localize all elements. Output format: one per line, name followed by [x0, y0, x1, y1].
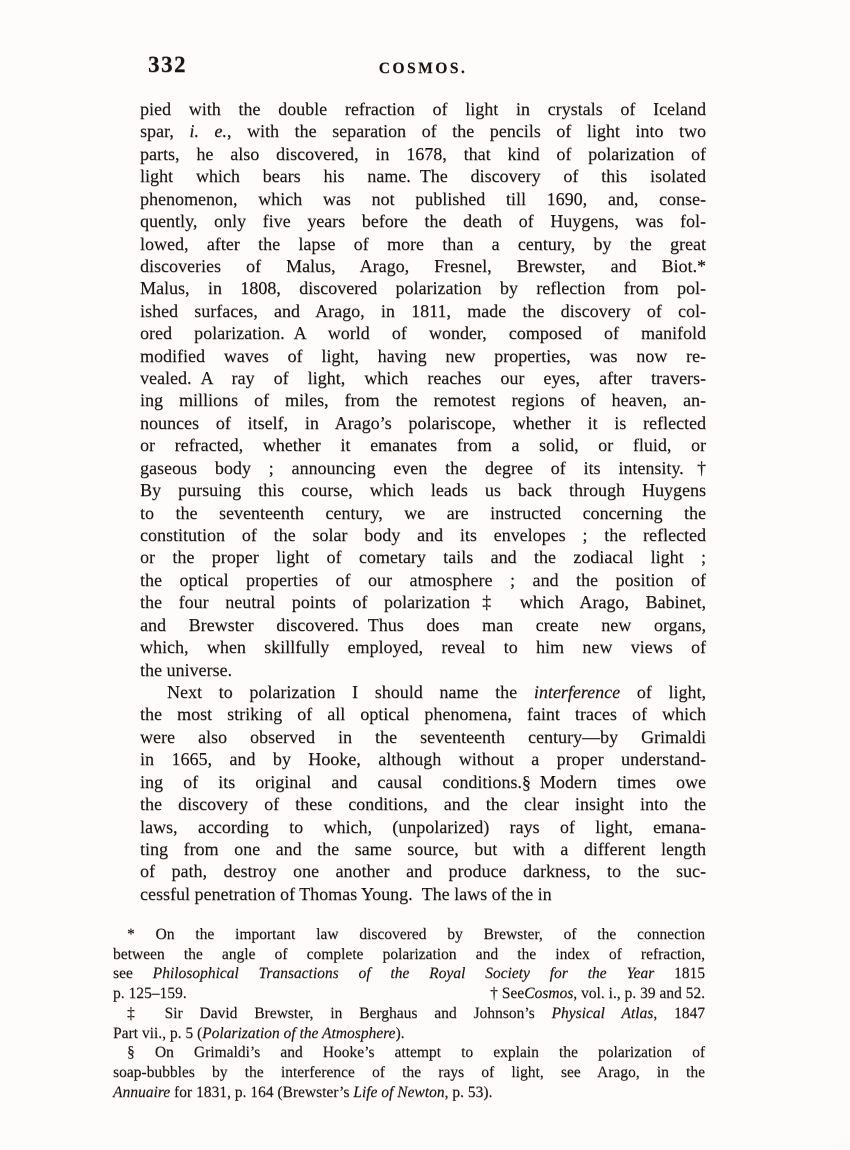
text-segment: or the proper light of cometary tails an… — [140, 547, 706, 567]
text-line: ished surfaces, and Arago, in 1811, made… — [140, 300, 706, 322]
text-line: modified waves of light, having new prop… — [140, 345, 706, 367]
footnotes: * On the important law discovered by Bre… — [113, 925, 705, 1102]
text-segment: phenomenon, which was not published till… — [140, 189, 706, 209]
text-segment: which, when skillfully employed, reveal … — [140, 637, 706, 657]
footnote-gap-spacer — [187, 984, 491, 1004]
text-segment: soap-bubbles by the interference of the … — [113, 1064, 705, 1081]
text-segment: vealed. A ray of light, which reaches ou… — [140, 368, 706, 388]
text-line: between the angle of complete polarizati… — [113, 945, 705, 965]
text-segment: gaseous body ; announcing even the degre… — [140, 458, 706, 478]
text-segment: Physical Atlas — [551, 1005, 653, 1022]
text-line: cessful penetration of Thomas Young. The… — [140, 883, 706, 905]
text-line: laws, according to which, (unpolarized) … — [140, 816, 706, 838]
text-segment: p. 125–159. — [113, 984, 187, 1004]
text-segment: , p. 53). — [445, 1084, 493, 1101]
text-segment: interference — [534, 682, 620, 702]
text-line: ing millions of miles, from the remotest… — [140, 389, 706, 411]
text-line: ting from one and the same source, but w… — [140, 838, 706, 860]
text-line: parts, he also discovered, in 1678, that… — [140, 143, 706, 165]
text-segment: ing of its original and causal condition… — [140, 772, 706, 792]
text-segment: the most striking of all optical phenome… — [140, 704, 706, 724]
running-title: COSMOS. — [140, 60, 706, 78]
text-line: quently, only five years before the deat… — [140, 210, 706, 232]
text-line: of path, destroy one another and produce… — [140, 860, 706, 882]
text-segment: light which bears his name. The discover… — [140, 166, 706, 186]
text-line: phenomenon, which was not published till… — [140, 188, 706, 210]
text-line: which, when skillfully employed, reveal … — [140, 636, 706, 658]
text-line: ored polarization. A world of wonder, co… — [140, 322, 706, 344]
text-line: were also observed in the seventeenth ce… — [140, 726, 706, 748]
text-segment: the four neutral points of polarization‡… — [140, 592, 706, 612]
text-line: ing of its original and causal condition… — [140, 771, 706, 793]
text-segment: By pursuing this course, which leads us … — [140, 480, 706, 500]
text-line: see Philosophical Transactions of the Ro… — [113, 964, 705, 984]
text-line: Malus, in 1808, discovered polarization … — [140, 277, 706, 299]
text-segment: † See — [490, 984, 524, 1004]
body-text: pied with the double refraction of light… — [140, 98, 706, 905]
text-line: the optical properties of our atmosphere… — [140, 569, 706, 591]
text-line: light which bears his name. The discover… — [140, 165, 706, 187]
text-segment: Life of Newton — [353, 1084, 444, 1101]
text-line: vealed. A ray of light, which reaches ou… — [140, 367, 706, 389]
text-segment: i. e. — [189, 121, 227, 141]
text-line: * On the important law discovered by Bre… — [113, 925, 705, 945]
text-segment: 1815 — [654, 965, 705, 982]
text-segment: ored polarization. A world of wonder, co… — [140, 323, 706, 343]
book-page: 332 COSMOS. pied with the double refract… — [0, 0, 850, 1150]
text-line: spar, i. e., with the separation of the … — [140, 120, 706, 142]
text-segment: Part vii., p. 5 ( — [113, 1025, 202, 1042]
text-line: to the seventeenth century, we are instr… — [140, 502, 706, 524]
text-segment: constitution of the solar body and its e… — [140, 525, 706, 545]
text-segment: modified waves of light, having new prop… — [140, 346, 706, 366]
text-segment: between the angle of complete polarizati… — [113, 946, 705, 963]
text-segment: nounces of itself, in Arago’s polariscop… — [140, 413, 706, 433]
text-line: the four neutral points of polarization‡… — [140, 591, 706, 613]
text-segment: see — [113, 965, 153, 982]
text-line: the universe. — [140, 659, 706, 681]
text-line: nounces of itself, in Arago’s polariscop… — [140, 412, 706, 434]
text-segment: ing millions of miles, from the remotest… — [140, 390, 706, 410]
text-segment: ished surfaces, and Arago, in 1811, made… — [140, 301, 706, 321]
text-line: or the proper light of cometary tails an… — [140, 546, 706, 568]
text-segment: Annuaire — [113, 1084, 170, 1101]
text-line: and Brewster discovered. Thus does man c… — [140, 614, 706, 636]
text-line: or refracted, whether it emanates from a… — [140, 434, 706, 456]
text-line: pied with the double refraction of light… — [140, 98, 706, 120]
text-segment: the optical properties of our atmosphere… — [140, 570, 706, 590]
text-segment: cessful penetration of Thomas Young. The… — [140, 884, 552, 904]
text-segment: the universe. — [140, 660, 232, 680]
text-segment: the discovery of these conditions, and t… — [140, 794, 706, 814]
text-line: Annuaire for 1831, p. 164 (Brewster’s Li… — [113, 1083, 705, 1103]
text-line: p. 125–159.† See Cosmos, vol. i., p. 39 … — [113, 984, 705, 1004]
text-line: § On Grimaldi’s and Hooke’s attempt to e… — [113, 1043, 705, 1063]
text-line: ‡ Sir David Brewster, in Berghaus and Jo… — [113, 1004, 705, 1024]
text-segment: , 1847 — [653, 1005, 705, 1022]
text-segment: quently, only five years before the deat… — [140, 211, 706, 231]
text-segment: * On the important law discovered by Bre… — [127, 926, 705, 943]
text-line: in 1665, and by Hooke, although without … — [140, 748, 706, 770]
text-segment: , vol. i., p. 39 and 52. — [573, 984, 705, 1004]
text-segment: parts, he also discovered, in 1678, that… — [140, 144, 706, 164]
text-segment: or refracted, whether it emanates from a… — [140, 435, 706, 455]
text-segment: in 1665, and by Hooke, although without … — [140, 749, 706, 769]
text-segment: Malus, in 1808, discovered polarization … — [140, 278, 706, 298]
text-line: lowed, after the lapse of more than a ce… — [140, 233, 706, 255]
text-segment: discoveries of Malus, Arago, Fresnel, Br… — [140, 256, 706, 276]
text-segment: ting from one and the same source, but w… — [140, 839, 706, 859]
text-line: gaseous body ; announcing even the degre… — [140, 457, 706, 479]
text-segment: for 1831, p. 164 (Brewster’s — [170, 1084, 353, 1101]
text-segment: ). — [395, 1025, 404, 1042]
text-segment: § On Grimaldi’s and Hooke’s attempt to e… — [127, 1044, 705, 1061]
text-segment: Philosophical Transactions of the Royal … — [153, 965, 655, 982]
text-line: soap-bubbles by the interference of the … — [113, 1063, 705, 1083]
text-segment: pied with the double refraction of light… — [140, 99, 706, 119]
text-segment: of light, — [620, 682, 706, 702]
text-segment: laws, according to which, (unpolarized) … — [140, 817, 706, 837]
text-segment: lowed, after the lapse of more than a ce… — [140, 234, 706, 254]
text-line: By pursuing this course, which leads us … — [140, 479, 706, 501]
text-line: the most striking of all optical phenome… — [140, 703, 706, 725]
text-segment: ‡ Sir David Brewster, in Berghaus and Jo… — [127, 1005, 551, 1022]
text-segment: of path, destroy one another and produce… — [140, 861, 706, 881]
text-segment: and Brewster discovered. Thus does man c… — [140, 615, 706, 635]
text-segment: spar, — [140, 121, 189, 141]
text-line: discoveries of Malus, Arago, Fresnel, Br… — [140, 255, 706, 277]
text-line: Part vii., p. 5 (Polarization of the Atm… — [113, 1024, 705, 1044]
text-segment: Cosmos — [524, 984, 573, 1004]
text-segment: Polarization of the Atmosphere — [202, 1025, 395, 1042]
text-line: Next to polarization I should name the i… — [140, 681, 706, 703]
text-segment: Next to polarization I should name the — [167, 682, 534, 702]
text-line: constitution of the solar body and its e… — [140, 524, 706, 546]
text-segment: to the seventeenth century, we are instr… — [140, 503, 706, 523]
text-segment: , with the separation of the pencils of … — [227, 121, 706, 141]
text-segment: were also observed in the seventeenth ce… — [140, 727, 706, 747]
text-line: the discovery of these conditions, and t… — [140, 793, 706, 815]
